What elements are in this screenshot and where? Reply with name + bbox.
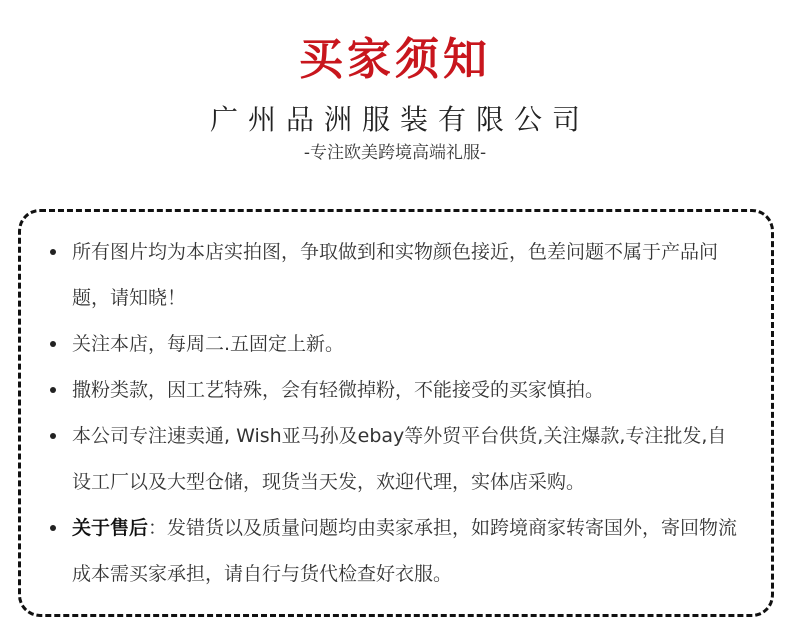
page-title: 买家须知 (0, 30, 790, 90)
notice-item: 所有图片均为本店实拍图，争取做到和实物颜色接近，色差问题不属于产品问题，请知晓！ (44, 229, 744, 321)
notice-text: 撒粉类款，因工艺特殊，会有轻微掉粉，不能接受的买家慎拍。 (72, 379, 604, 401)
bullet-icon (50, 249, 56, 255)
bullet-icon (50, 387, 56, 393)
notice-item: 本公司专注速卖通, Wish亚马孙及ebay等外贸平台供货,关注爆款,专注批发,… (44, 413, 744, 505)
bullet-icon (50, 433, 56, 439)
company-slogan: -专注欧美跨境高端礼服- (0, 140, 790, 166)
after-sales-label: 关于售后 (72, 517, 148, 539)
notice-text: ：发错货以及质量问题均由卖家承担，如跨境商家转寄国外，寄回物流成本需买家承担，请… (72, 517, 737, 585)
company-name: 广州品洲服装有限公司 (0, 100, 790, 140)
notice-item: 关注本店，每周二.五固定上新。 (44, 321, 744, 367)
notice-item-after-sales: 关于售后：发错货以及质量问题均由卖家承担，如跨境商家转寄国外，寄回物流成本需买家… (44, 505, 744, 597)
notice-text: 本公司专注速卖通, Wish亚马孙及ebay等外贸平台供货,关注爆款,专注批发,… (72, 425, 726, 493)
notice-text: 所有图片均为本店实拍图，争取做到和实物颜色接近，色差问题不属于产品问题，请知晓！ (72, 241, 718, 309)
bullet-icon (50, 341, 56, 347)
bullet-icon (50, 525, 56, 531)
notice-text: 关注本店，每周二.五固定上新。 (72, 333, 344, 355)
notice-list: 所有图片均为本店实拍图，争取做到和实物颜色接近，色差问题不属于产品问题，请知晓！… (44, 229, 744, 597)
notice-item: 撒粉类款，因工艺特殊，会有轻微掉粉，不能接受的买家慎拍。 (44, 367, 744, 413)
